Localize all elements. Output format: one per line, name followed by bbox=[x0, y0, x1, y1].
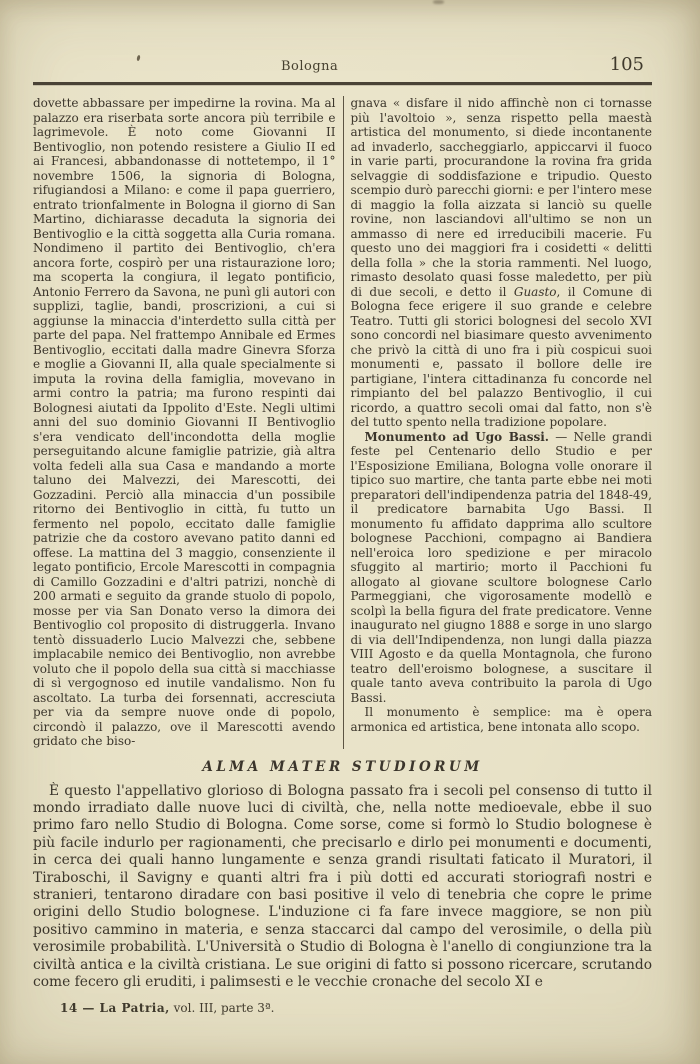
paragraph-lead: Monumento ad Ugo Bassi. bbox=[365, 430, 549, 444]
italic-term-guasto: Guasto bbox=[514, 285, 557, 299]
monument-ugo-bassi-paragraph: Monumento ad Ugo Bassi. — Nelle grandi f… bbox=[351, 430, 653, 706]
running-title: Bologna bbox=[281, 59, 338, 74]
closing-paragraph: Il monumento è semplice: ma è opera armo… bbox=[351, 705, 653, 734]
footer-volume-signature: 14 — La Patria, bbox=[60, 1001, 170, 1015]
scan-artifact bbox=[433, 0, 444, 4]
page-footer: 14 — La Patria, vol. III, parte 3ª. bbox=[33, 1001, 652, 1015]
left-column: dovette abbassare per impedirne la rovin… bbox=[33, 96, 344, 749]
page-header: Bologna 105 bbox=[33, 54, 652, 78]
text-columns: dovette abbassare per impedirne la rovin… bbox=[33, 96, 652, 749]
page-number: 105 bbox=[610, 54, 644, 75]
section-heading: ALMA MATER STUDIORUM bbox=[33, 759, 652, 775]
book-page: Bologna 105 dovette abbassare per impedi… bbox=[0, 0, 700, 1064]
paragraph-text: — Nelle grandi feste pel Centenario dell… bbox=[351, 430, 653, 705]
paragraph-text: gnava « disfare il nido affinchè non ci … bbox=[351, 96, 653, 299]
section-paragraph: È questo l'appellativo glorioso di Bolog… bbox=[33, 783, 652, 992]
right-column: gnava « disfare il nido affinchè non ci … bbox=[344, 96, 653, 749]
paragraph-text: , il Comune di Bologna fece erigere il s… bbox=[351, 285, 653, 430]
header-rule bbox=[33, 82, 652, 85]
guasto-paragraph: gnava « disfare il nido affinchè non ci … bbox=[351, 96, 653, 430]
left-column-paragraph: dovette abbassare per impedirne la rovin… bbox=[33, 96, 336, 749]
footer-volume-detail: vol. III, parte 3ª. bbox=[170, 1001, 275, 1015]
